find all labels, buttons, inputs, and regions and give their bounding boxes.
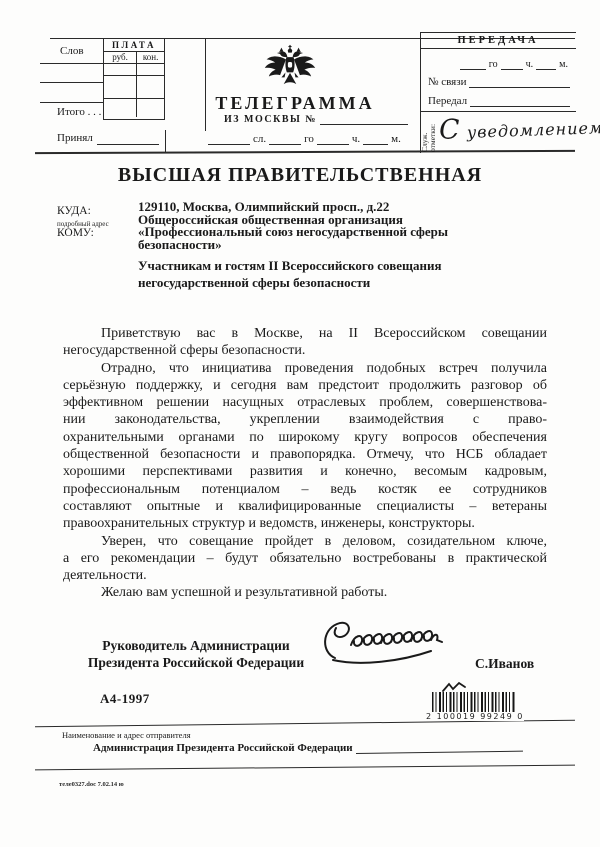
blank-field [536,58,556,70]
body-line: нии законодательства, укреплении взаимод… [63,411,547,428]
footer-note: теле0327.doc 7.02.14 ю [59,781,124,788]
form-code: А4-1997 [100,691,150,707]
blank-field [363,133,388,145]
form-divider-left [205,38,206,131]
payment-table: ПЛАТА руб. кон. [103,38,165,120]
received-row-tick [165,130,166,152]
received-label: Принял [57,132,93,144]
transmitted-label: Передал [428,95,467,107]
separator-line [35,765,575,771]
sl-label: сл. [253,133,266,145]
barcode-bars [432,692,516,712]
sender-row: Администрация Президента Российской Феде… [93,741,523,754]
coat-of-arms-icon [263,41,317,93]
telegram-document: Слов ПЛАТА руб. кон. Итого . . . Принял [0,0,600,847]
payment-rule [40,82,103,83]
payment-row [104,64,164,76]
payment-table-subheader: руб. кон. [104,52,164,64]
blank-field [208,133,250,145]
m-label: м. [559,59,568,70]
signatory-name: С.Иванов [475,656,534,672]
ch-label: ч. [526,59,534,70]
payment-row [104,76,164,99]
go-label: го [304,133,314,145]
recipient-line: негосударственной сферы безопасности [138,274,478,291]
body-line: Отрадно, что инициатива проведения подоб… [63,360,547,377]
received-time-row: сл. го ч. м. [208,133,418,145]
blank-field [317,133,349,145]
barcode: 2 100019 99249 0 [424,692,524,721]
origin-row: ИЗ МОСКВЫ № [224,113,408,125]
transmission-time-row: го ч. м. [436,58,568,70]
body-line: негосударственной сферы безопасности. [63,342,547,359]
signatory-title-line: Руководитель Администрации [86,637,306,654]
body-line: Уверен, что совещание пройдет в деловом,… [63,533,547,550]
payment-row [104,99,164,117]
transmission-header-rule [420,48,576,49]
blank-field [460,58,486,70]
payment-table-header: ПЛАТА [104,39,164,52]
blank-field [269,133,301,145]
address-block: 129110, Москва, Олимпийский просп., д.22… [138,201,478,291]
total-label: Итого . . . [57,106,101,118]
blank-field [501,58,523,70]
handwritten-note: С уведомлением [439,109,600,146]
rub-column-header: руб. [104,52,137,63]
address-line: безопасности» [138,239,478,252]
signature [318,618,450,668]
body-line: профессиональным потенциалом – ведь кост… [63,481,547,498]
service-marks-label: Служ. отметки: [421,113,438,152]
barcode-digits: 2 100019 99249 0 [426,712,522,721]
ch-label: ч. [352,133,360,145]
transmission-header: ПЕРЕДАЧА [420,35,576,46]
words-label: Слов [60,45,84,57]
sender-name: Администрация Президента Российской Феде… [93,742,353,754]
sender-blank [355,739,523,754]
body-line: серьёзную поддержку, и сегодня вам предс… [63,377,547,394]
recipient-line: Участникам и гостям II Всероссийского со… [138,257,478,274]
body-line: деятельности. [63,567,547,584]
whom-label: КОМУ: [57,227,94,239]
signatory-title: Руководитель Администрации Президента Ро… [86,637,306,671]
payment-rule [40,63,103,64]
form-bottom-line [35,150,575,154]
body-line: составляют опытные и квалифицированные с… [63,498,547,515]
link-number-row: № связи [428,76,570,88]
body-line: эффективном решении насущных отраслевых … [63,394,547,411]
body-line: Приветствую вас в Москве, на II Всеросси… [63,325,547,342]
body-line: охранительными органами по широкому круг… [63,429,547,446]
body-line: правоохранительных структур и ведомств, … [63,515,547,532]
m-label: м. [391,133,401,145]
kop-column-header: кон. [137,52,164,63]
telegram-body: Приветствую вас в Москве, на II Всеросси… [63,325,547,602]
signatory-title-line: Президента Российской Федерации [86,654,306,671]
transmitted-row: Передал [428,95,570,107]
body-line: хорошими перспективами развития и конечн… [63,463,547,480]
body-line: Желаю вам успешной и результативной рабо… [63,584,547,601]
go-label: го [489,59,498,70]
where-label: КУДА: [57,205,91,217]
origin-blank [320,113,408,125]
sender-label: Наименование и адрес отправителя [62,730,191,740]
body-line: общественной безопасности и правопорядка… [63,446,547,463]
received-blank [97,133,159,145]
transmitted-blank [470,95,570,107]
link-number-label: № связи [428,76,466,88]
transmission-top-line [420,32,576,33]
payment-rule [40,102,103,103]
origin-label: ИЗ МОСКВЫ № [224,114,317,125]
telegram-title: ТЕЛЕГРАММА [195,93,395,114]
link-number-blank [469,76,570,88]
body-line: а его рекомендации – будут обязательно в… [63,550,547,567]
classification-heading: ВЫСШАЯ ПРАВИТЕЛЬСТВЕННАЯ [0,164,600,187]
